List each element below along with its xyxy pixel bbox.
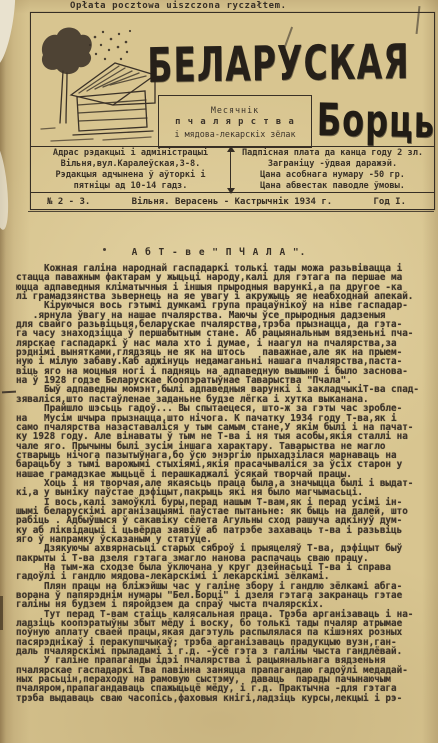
subtitle-line: п ч а л я р с т в а	[159, 117, 311, 127]
masthead-info-row: Адрас рэдакцыі і адміністрацыіВільня,вул…	[31, 146, 434, 193]
page-edge-sliver	[0, 141, 12, 230]
address-line: Адрас рэдакцыі і адміністрацыі	[31, 148, 230, 159]
page-corner-sliver	[0, 0, 20, 67]
subscription-line: Падпісная плата да канца году 2 зл.	[231, 148, 434, 159]
article-body: Кожная галіна народнай гаспадаркі толькі…	[16, 264, 428, 703]
article-line: трэба выдаваць сваю часопісь,фаховыя кні…	[16, 694, 428, 703]
issue-row: № 2 - 3. Вільня. Верасень - Кастрычнік 1…	[31, 192, 434, 210]
subtitle-line: і мядова-лекарскіх зёлак	[159, 129, 311, 139]
edge-scuff-mark	[0, 596, 3, 630]
issue-place-date: Вільня. Верасень - Кастрычнік 1934 г.	[90, 197, 373, 207]
subscription-line: Цана асобнага нумару -50 гр.	[231, 170, 434, 181]
issue-number: № 2 - 3.	[47, 197, 90, 207]
masthead-title-secondary: Борць	[316, 93, 435, 149]
masthead: БЕЛАРУСКАЯ Борць Месячнік п ч а л я р с …	[30, 12, 435, 210]
address-line: Вільня,вул.Каралеўская,3-8.	[31, 159, 230, 170]
column-divider	[227, 146, 235, 152]
apiary-illustration	[33, 17, 165, 149]
address-line: Рэдакцыя адчынена ў аўторкі і	[31, 170, 230, 181]
bee-dots	[89, 30, 131, 60]
scanned-newspaper-page: { "postal_notice": "Opłata pocztowa uisz…	[0, 0, 438, 743]
subscription-line: Цана абвестак паводле ўмовы.	[231, 181, 434, 192]
masthead-title: БЕЛАРУСКАЯ	[147, 33, 410, 94]
address-box: Адрас рэдакцыі і адміністрацыіВільня,вул…	[31, 147, 231, 193]
margin-dash-mark	[2, 391, 16, 394]
subtitle-line: Месячнік	[159, 105, 311, 115]
double-rule	[28, 211, 434, 212]
subscription-line: Заграніцу -ўдвая даражэй.	[231, 159, 434, 170]
address-line: пятніцы ад 10-14 гадз.	[31, 181, 230, 192]
subtitle-box: Месячнік п ч а л я р с т в а і мядова-ле…	[158, 95, 312, 148]
postal-notice: Opłata pocztowa uiszczona ryczałtem.	[70, 1, 287, 11]
article-title: А б Т - в е " П Ч А Л А ".	[0, 247, 438, 258]
subscription-box: Падпісная плата да канца году 2 зл.Загра…	[231, 147, 434, 193]
issue-year: Год I.	[373, 197, 406, 207]
